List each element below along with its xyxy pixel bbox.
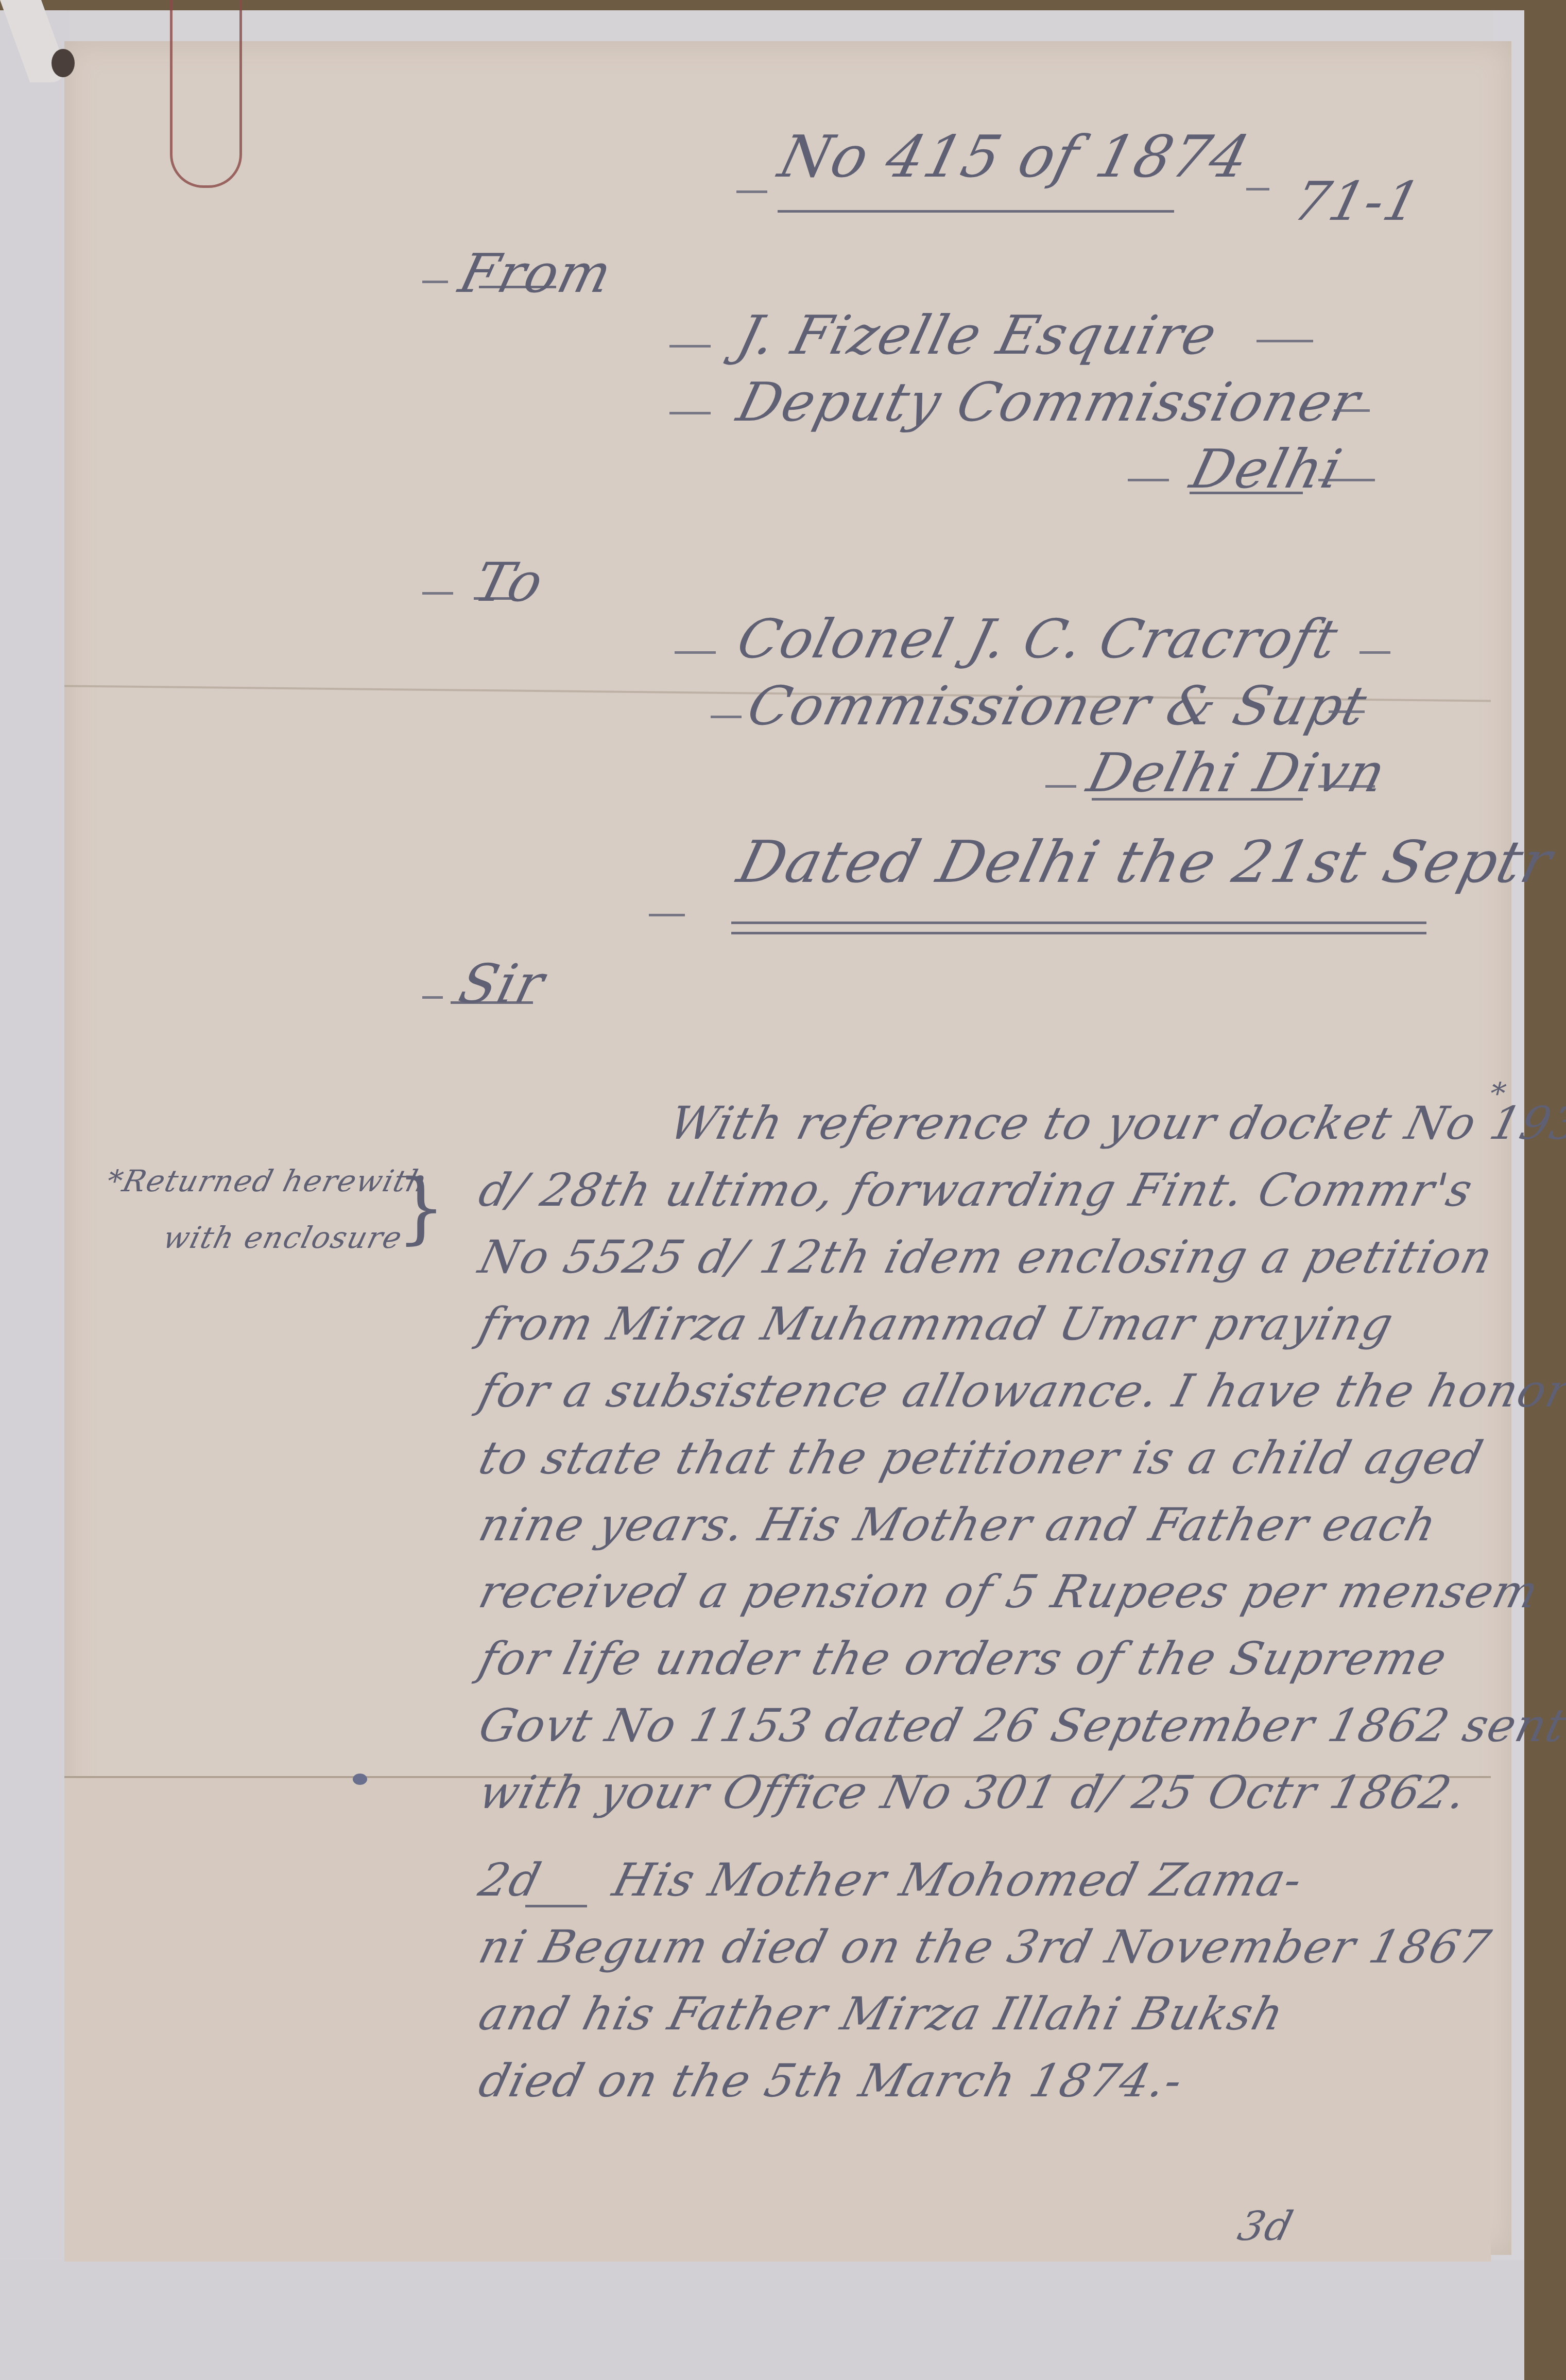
from-place: Delhi <box>1184 438 1349 500</box>
binding-hole <box>51 49 75 77</box>
dash <box>669 345 711 348</box>
from-underline <box>479 286 556 288</box>
dash <box>649 914 685 916</box>
paragraph-2-line-4: died on the 5th March 1874.- <box>474 2054 1189 2107</box>
mount-strip-bottom <box>0 2260 1524 2380</box>
body-line-4: from Mirza Muhammad Umar praying <box>474 1297 1399 1350</box>
dash <box>1360 651 1390 654</box>
paragraph-2-dash <box>525 1905 587 1907</box>
body-line-5: for a subsistence allowance. I have the … <box>474 1364 1566 1417</box>
dash <box>1257 340 1313 342</box>
margin-note-line2: with enclosure <box>160 1220 406 1255</box>
paragraph-2-line-3: and his Father Mirza Illahi Buksh <box>474 1987 1290 2040</box>
dash <box>1334 409 1370 412</box>
body-line-2: d/ 28th ultimo, forwarding Fint. Commr's <box>474 1163 1478 1217</box>
to-underline <box>474 597 515 600</box>
date-underline-double <box>731 932 1426 934</box>
dash <box>1246 188 1269 190</box>
salutation: Sir <box>453 952 552 1015</box>
dash <box>669 412 711 414</box>
margin-brace: } <box>397 1163 445 1253</box>
dash <box>422 996 443 999</box>
from-place-underline <box>1190 492 1303 494</box>
paragraph-2-line-2: ni Begum died on the 3rd November 1867 <box>474 1920 1496 1973</box>
from-name: J. Fizelle Esquire <box>731 304 1224 367</box>
dash <box>736 190 767 193</box>
reference-underline <box>778 210 1174 213</box>
salutation-underline <box>451 1001 533 1004</box>
dash <box>422 592 453 595</box>
from-label: From <box>453 242 619 305</box>
body-line-8: received a pension of 5 Rupees per mense… <box>474 1565 1544 1618</box>
dash <box>1329 710 1365 713</box>
to-name: Colonel J. C. Cracroft <box>731 607 1345 670</box>
red-tag-string-icon <box>170 0 242 188</box>
body-line-9: for life under the orders of the Supreme <box>474 1632 1453 1685</box>
to-place: Delhi Divn <box>1081 741 1392 804</box>
body-line-3: No 5525 d/ 12th idem enclosing a petitio… <box>474 1230 1499 1283</box>
body-line-10: Govt No 1153 dated 26 September 1862 sen… <box>474 1699 1566 1752</box>
dash <box>422 281 448 283</box>
mount-strip-left <box>0 10 70 2380</box>
date-underline <box>731 922 1426 924</box>
dash <box>711 716 742 718</box>
dash <box>1128 479 1169 481</box>
to-title: Commissioner & Supt <box>742 674 1373 737</box>
dash <box>1318 479 1375 481</box>
archive-mark: 71-1 <box>1287 170 1427 233</box>
from-title: Deputy Commissioner <box>731 371 1367 433</box>
reference-number: No 415 of 1874 <box>772 124 1257 190</box>
dated-line: Dated Delhi the 21st Septr 1874 <box>731 829 1566 896</box>
margin-note-line1: *Returned herewith <box>103 1163 432 1198</box>
body-line-1: With reference to your docket No 193 <box>664 1097 1566 1150</box>
dash <box>1318 785 1375 788</box>
to-place-underline <box>1092 798 1303 801</box>
dash <box>1045 785 1076 788</box>
paragraph-2-line-1: His Mother Mohomed Zama- <box>608 1853 1309 1906</box>
dash <box>675 651 716 654</box>
body-line-6: to state that the petitioner is a child … <box>474 1431 1489 1484</box>
body-line-7: nine years. His Mother and Father each <box>474 1498 1443 1551</box>
ink-blot <box>353 1774 367 1785</box>
body-line-11: with your Office No 301 d/ 25 Octr 1862. <box>474 1766 1473 1819</box>
